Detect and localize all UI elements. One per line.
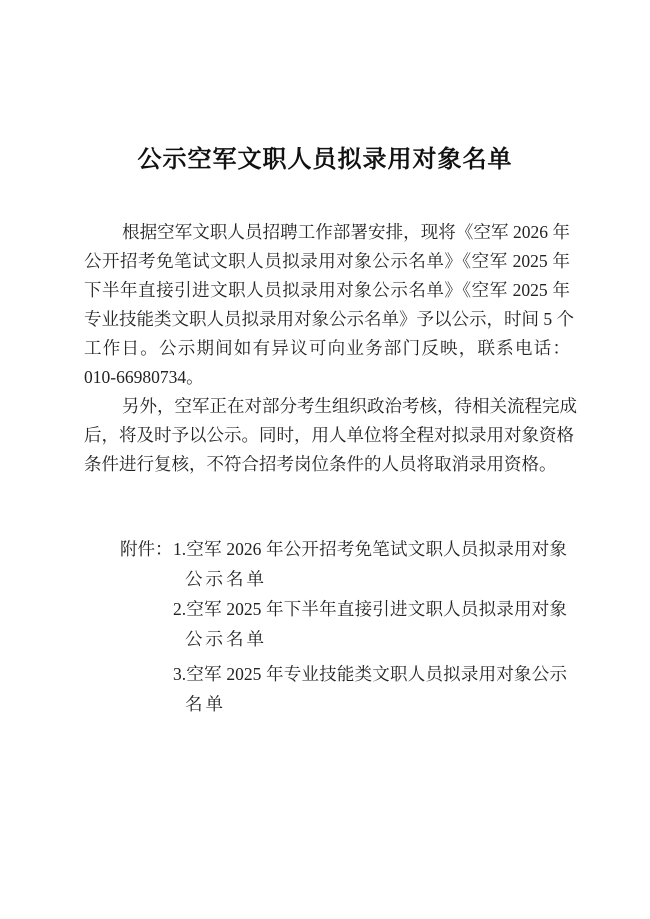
attachment-line: 2.空军 2025 年下半年直接引进文职人员拟录用对象 xyxy=(173,595,567,624)
paragraph-line: 下半年直接引进文职人员拟录用对象公示名单》《空军 2025 年 xyxy=(84,276,570,305)
contact-phone-line: 010-66980734。 xyxy=(84,363,570,392)
attachment-line: 公示名单 xyxy=(185,565,267,594)
paragraph-line: 公开招考免笔试文职人员拟录用对象公示名单》《空军 2025 年 xyxy=(84,247,570,276)
paragraph-line: 根据空军文职人员招聘工作部署安排，现将《空军 2026 年 xyxy=(122,218,570,247)
attachment-line: 3.空军 2025 年专业技能类文职人员拟录用对象公示 xyxy=(173,660,567,689)
document-page: 公示空军文职人员拟录用对象名单 根据空军文职人员招聘工作部署安排，现将《空军 2… xyxy=(0,0,650,919)
attachment-line: 公示名单 xyxy=(185,625,267,654)
attachments-label: 附件： xyxy=(120,535,173,564)
attachment-line: 1.空军 2026 年公开招考免笔试文职人员拟录用对象 xyxy=(173,535,567,564)
paragraph-line: 专业技能类文职人员拟录用对象公示名单》予以公示，时间 5 个 xyxy=(84,305,570,334)
paragraph-line: 另外，空军正在对部分考生组织政治考核，待相关流程完成 xyxy=(122,392,570,421)
paragraph-line: 工作日。公示期间如有异议可向业务部门反映，联系电话： xyxy=(84,334,570,363)
attachment-line: 名单 xyxy=(185,690,226,719)
paragraph-line: 后，将及时予以公示。同时，用人单位将全程对拟录用对象资格 xyxy=(84,421,570,450)
paragraph-line: 条件进行复核，不符合招考岗位条件的人员将取消录用资格。 xyxy=(84,450,570,479)
document-title: 公示空军文职人员拟录用对象名单 xyxy=(0,142,650,176)
